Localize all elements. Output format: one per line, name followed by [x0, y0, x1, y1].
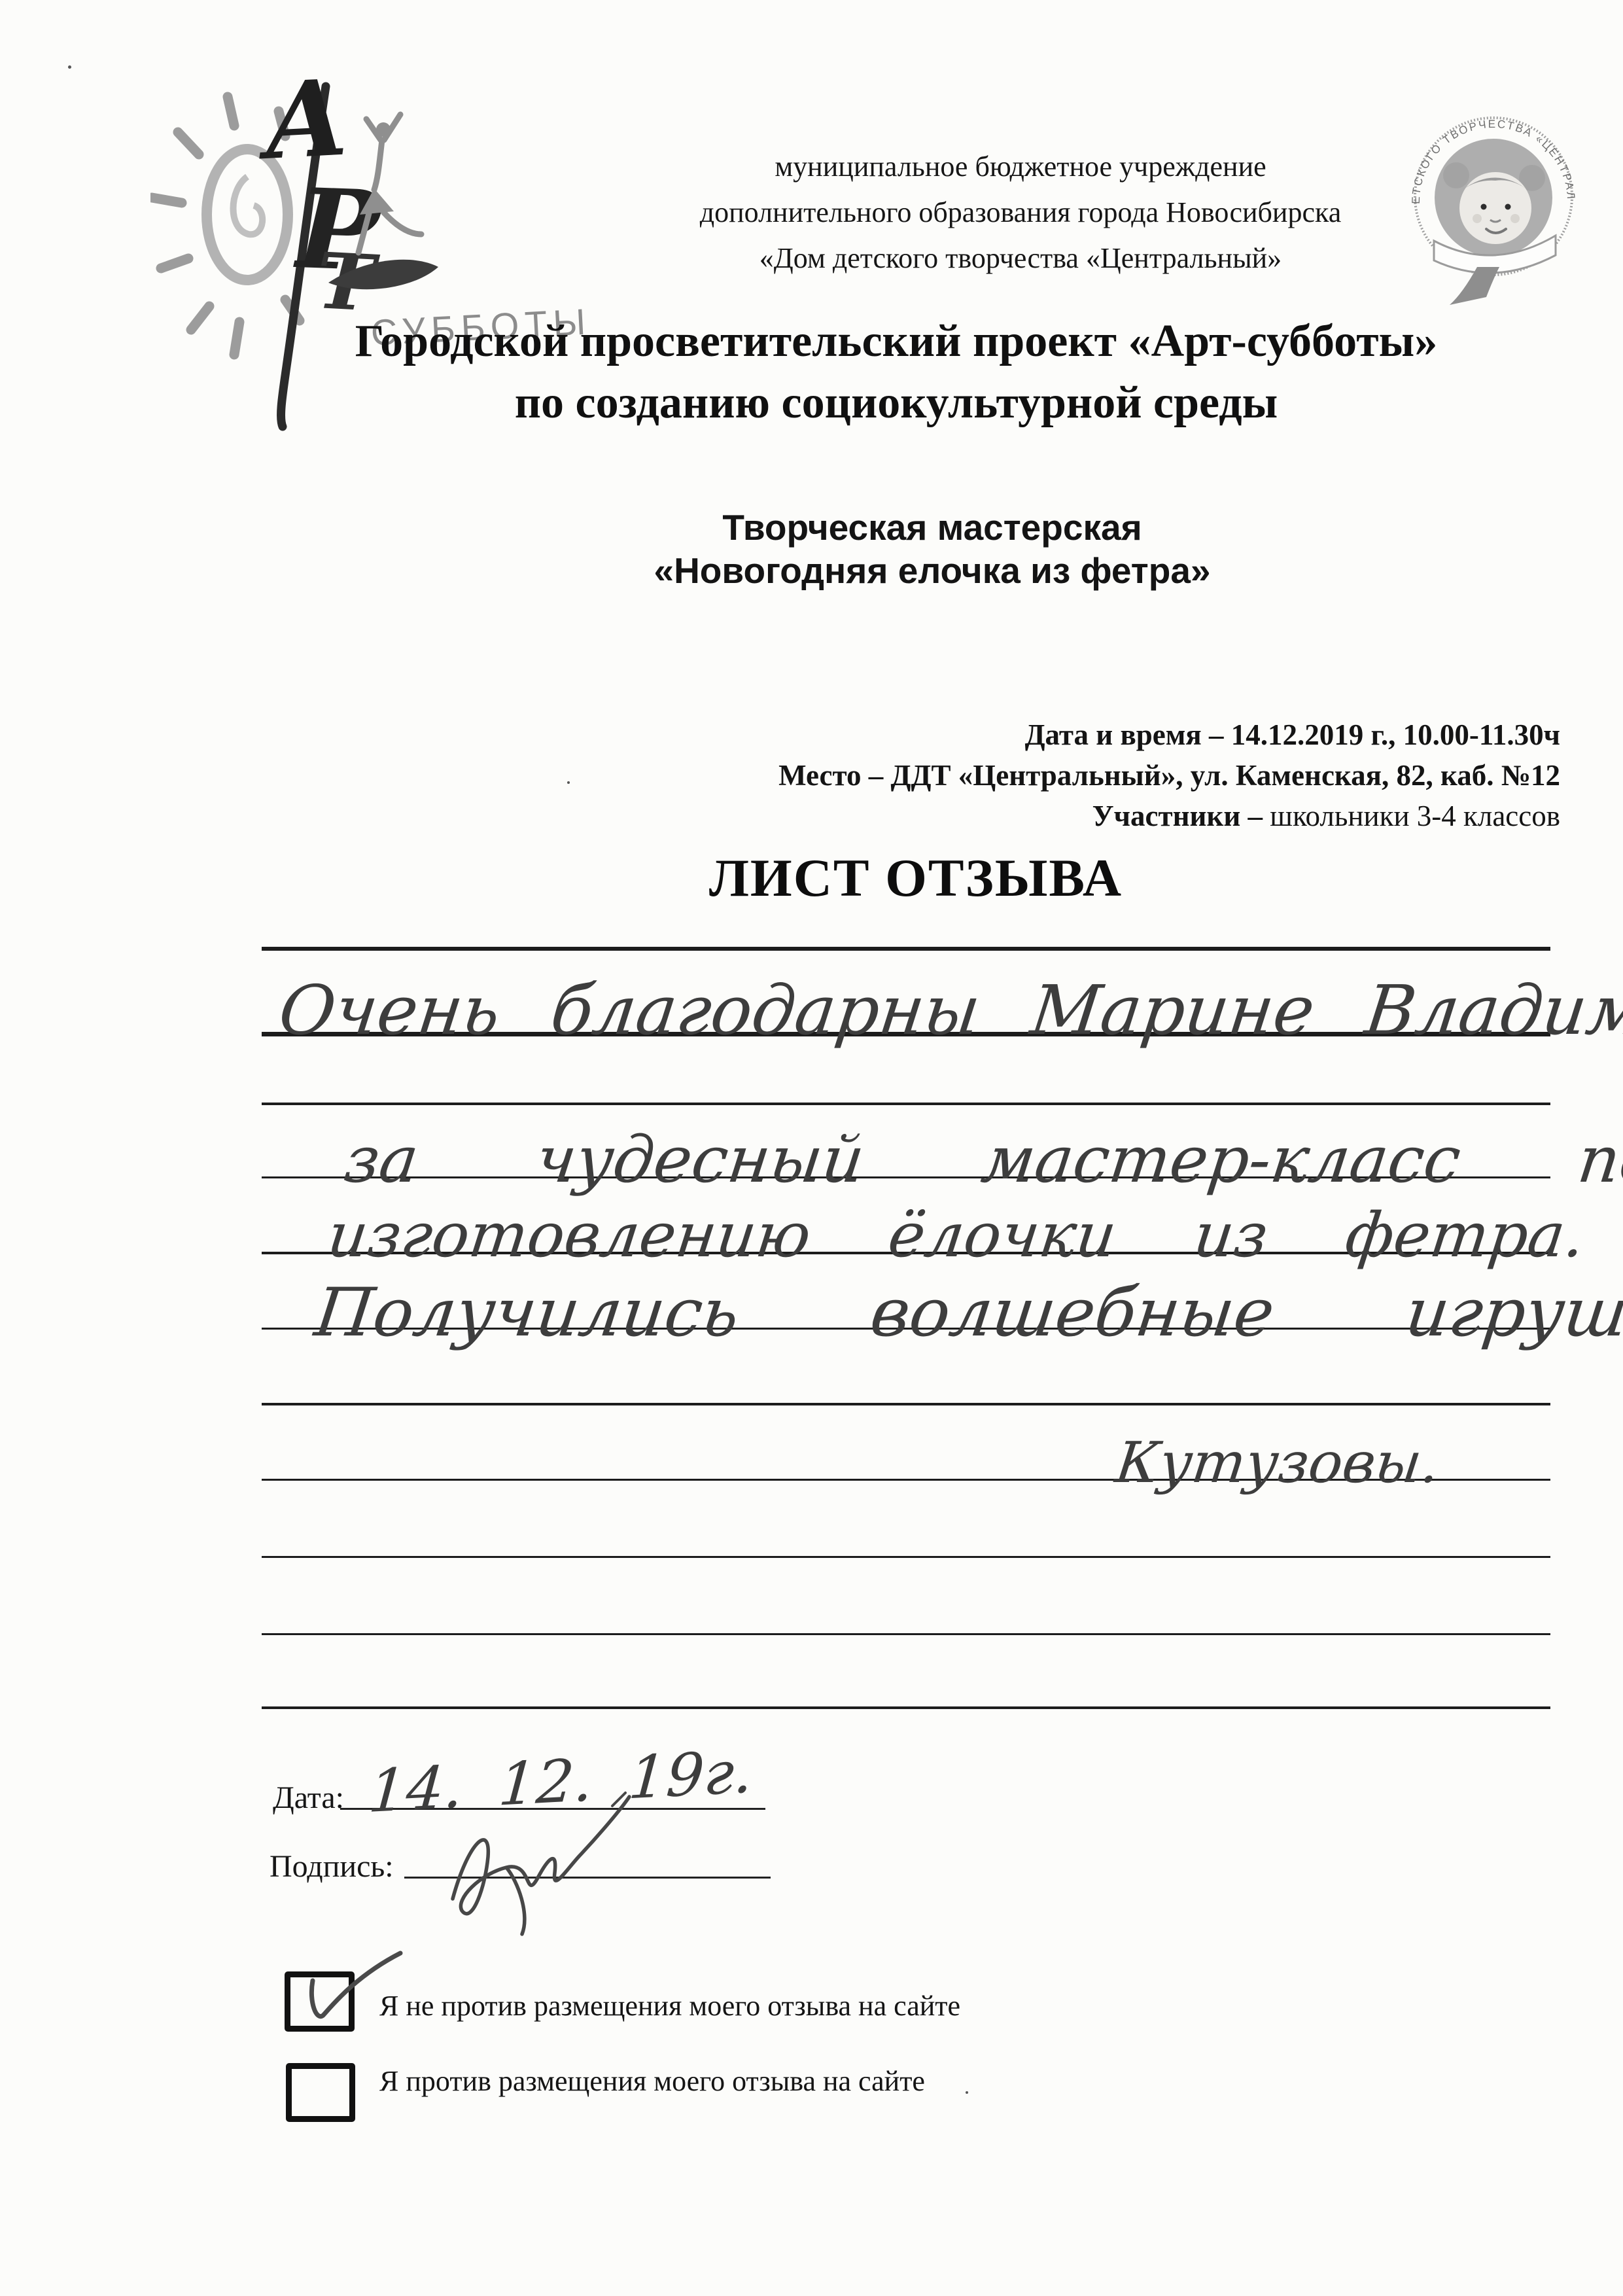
review-line-3: изготовлению ёлочки из фетра. [324, 1200, 1589, 1271]
project-title-line-2: по созданию социокультурной среды [157, 372, 1623, 434]
date-label: Дата: [273, 1780, 344, 1816]
event-participants: Участники – школьники 3-4 классов [589, 796, 1560, 836]
event-participants-value: школьники 3-4 классов [1263, 800, 1560, 832]
event-participants-label: Участники – [1092, 800, 1263, 832]
ruled-line-11 [262, 1706, 1550, 1709]
review-signature-name: Кутузовы. [1112, 1430, 1443, 1496]
ruled-line-7 [262, 1403, 1550, 1405]
consent-no-label: Я против размещения моего отзыва на сайт… [379, 2064, 925, 2098]
workshop-line-1: Творческая мастерская [216, 506, 1623, 549]
workshop-line-2: «Новогодняя елочка из фетра» [216, 549, 1623, 592]
org-line-2: дополнительного образования города Новос… [425, 190, 1616, 236]
consent-no-checkbox[interactable] [286, 2063, 355, 2122]
ruled-line-10 [262, 1633, 1550, 1635]
project-title-line-1: Городской просветительский проект «Арт-с… [157, 311, 1623, 372]
org-line-1: муниципальное бюджетное учреждение [425, 144, 1616, 190]
feedback-heading: ЛИСТ ОТЗЫВА [262, 847, 1570, 909]
workshop-title: Творческая мастерская «Новогодняя елочка… [216, 506, 1623, 592]
scan-speck [68, 65, 71, 69]
scan-speck [966, 2091, 968, 2094]
signature-handwriting [425, 1786, 765, 1943]
event-details: Дата и время – 14.12.2019 г., 10.00-11.3… [589, 715, 1560, 836]
review-line-4: Получились волшебные игрушки! [311, 1274, 1623, 1352]
signature-label: Подпись: [270, 1848, 394, 1884]
feedback-sheet-scan: А Р Т СУББОТЫ [0, 0, 1623, 2296]
org-name: муниципальное бюджетное учреждение допол… [425, 144, 1616, 281]
ruled-line-9 [262, 1556, 1550, 1558]
org-line-3: «Дом детского творчества «Центральный» [425, 236, 1616, 281]
scan-speck [567, 781, 570, 784]
project-title: Городской просветительский проект «Арт-с… [157, 311, 1623, 434]
ruled-line-1 [262, 947, 1550, 951]
event-datetime: Дата и время – 14.12.2019 г., 10.00-11.3… [589, 715, 1560, 755]
consent-yes-label: Я не против размещения моего отзыва на с… [379, 1989, 960, 2022]
review-line-1: Очень благодарны Марине Владимировне [275, 970, 1623, 1050]
ruled-line-3 [262, 1103, 1550, 1105]
review-line-2: за чудесный мастер-класс по [340, 1123, 1623, 1197]
event-place: Место – ДДТ «Центральный», ул. Каменская… [589, 755, 1560, 796]
